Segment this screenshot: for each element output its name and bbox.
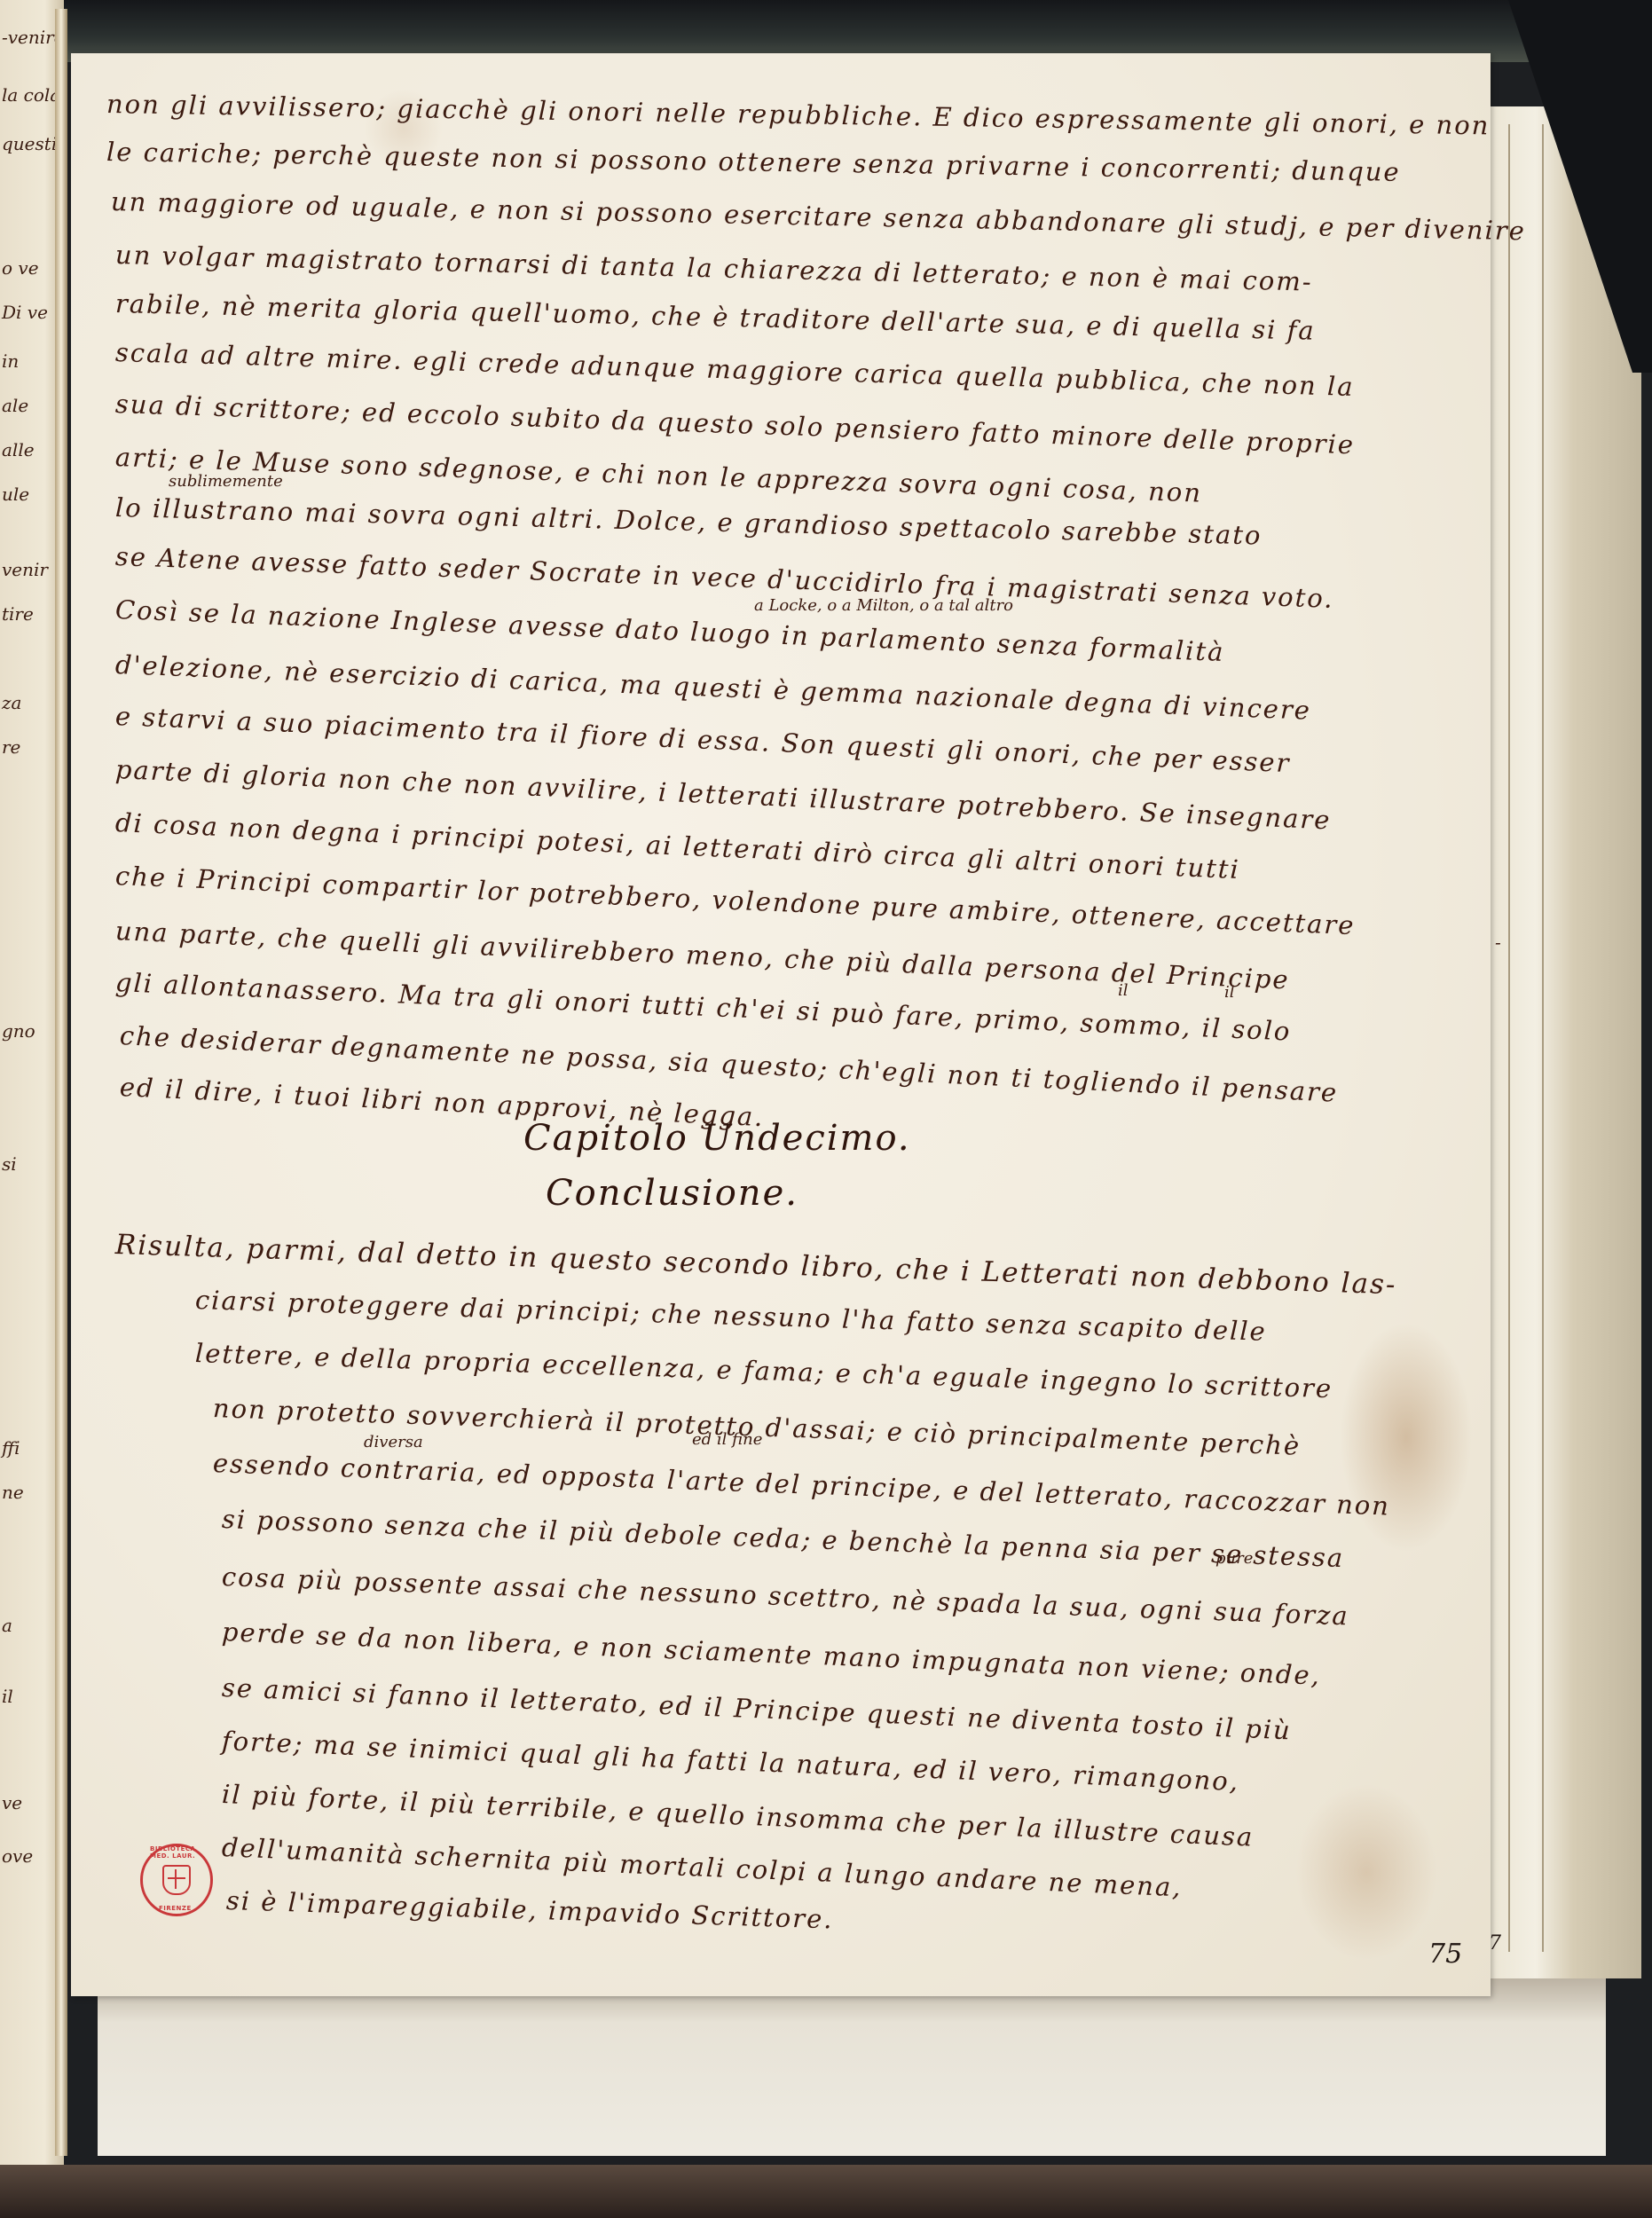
adjacent-folio-mark: 7 xyxy=(1489,1932,1501,1955)
left-page-fragment: ove xyxy=(2,1845,33,1867)
left-page-fragment: gno xyxy=(2,1020,35,1042)
left-page-fragment: la cola xyxy=(2,84,60,106)
manuscript-line: rabile, nè merita gloria quell'uomo, che… xyxy=(115,288,1316,346)
page-edge-line xyxy=(1508,124,1510,1952)
left-page-fragment: ale xyxy=(2,395,28,416)
page-edge-line xyxy=(1542,124,1544,1952)
library-stamp: BIBLIOTECA MED. LAUR. FIRENZE xyxy=(140,1844,213,1916)
underlying-leaf-edge xyxy=(98,1978,1606,2156)
left-page-fragment: za xyxy=(2,692,21,713)
left-page-fragment: o ve xyxy=(2,257,39,279)
stamp-text-bottom: FIRENZE xyxy=(159,1905,192,1912)
interlinear-note: il xyxy=(1118,981,1129,1000)
stamp-text-top: BIBLIOTECA MED. LAUR. xyxy=(150,1845,210,1860)
left-page-fragment: venir xyxy=(2,559,48,580)
left-page-fragment: ule xyxy=(2,484,29,505)
left-page-fragment: Di ve xyxy=(2,302,48,323)
chapter-subtitle: Conclusione. xyxy=(546,1173,798,1214)
left-page-fragment: il xyxy=(2,1686,13,1707)
interlinear-note: pure xyxy=(1215,1549,1253,1568)
chapter-title: Capitolo Undecimo. xyxy=(523,1118,911,1159)
page-stack-right-edges xyxy=(1491,106,1641,1978)
book-gutter xyxy=(55,9,67,2156)
margin-mark: - xyxy=(1495,932,1501,953)
interlinear-note: diversa xyxy=(364,1433,423,1451)
water-stain xyxy=(1295,1783,1437,1961)
interlinear-note: il xyxy=(1224,983,1235,1002)
crowned-shield-icon xyxy=(162,1865,191,1895)
manuscript-line: si possono senza che il più debole ceda;… xyxy=(221,1504,1344,1573)
folio-number: 75 xyxy=(1428,1939,1462,1970)
manuscript-line: ciarsi proteggere dai principi; che ness… xyxy=(194,1285,1267,1347)
left-page-fragment: ve xyxy=(2,1792,22,1813)
manuscript-line: si è l'impareggiabile, impavido Scrittor… xyxy=(225,1885,834,1934)
left-page-fragment: a xyxy=(2,1615,12,1636)
manuscript-line: un maggiore od uguale, e non si possono … xyxy=(111,186,1527,246)
left-page-fragment: alle xyxy=(2,439,35,460)
manuscript-line: scala ad altre mire. egli crede adunque … xyxy=(115,337,1355,402)
interlinear-note: a Locke, o a Milton, o a tal altro xyxy=(754,596,1013,615)
manuscript-line: lettere, e della propria eccellenza, e f… xyxy=(194,1338,1333,1404)
interlinear-note: sublimemente xyxy=(169,472,283,491)
left-page-fragment: re xyxy=(2,736,20,758)
left-page-fragment: tire xyxy=(2,603,34,625)
interlinear-note: ed il fine xyxy=(692,1430,762,1449)
book-cover-bottom xyxy=(0,2165,1652,2218)
manuscript-line: un volgar magistrato tornarsi di tanta l… xyxy=(115,240,1313,297)
left-page-fragment: in xyxy=(2,350,19,372)
manuscript-line: le cariche; perchè queste non si possono… xyxy=(106,137,1401,187)
manuscript-line: cosa più possente assai che nessuno scet… xyxy=(221,1561,1349,1631)
left-page-fragment: si xyxy=(2,1153,17,1175)
manuscript-page: non gli avvilissero; giacchè gli onori n… xyxy=(71,53,1491,1996)
left-page-fragment: ffi xyxy=(2,1437,20,1459)
left-page-fragment: questi xyxy=(2,133,57,154)
manuscript-line: non gli avvilissero; giacchè gli onori n… xyxy=(106,89,1491,140)
left-page-fragment: ne xyxy=(2,1482,24,1503)
